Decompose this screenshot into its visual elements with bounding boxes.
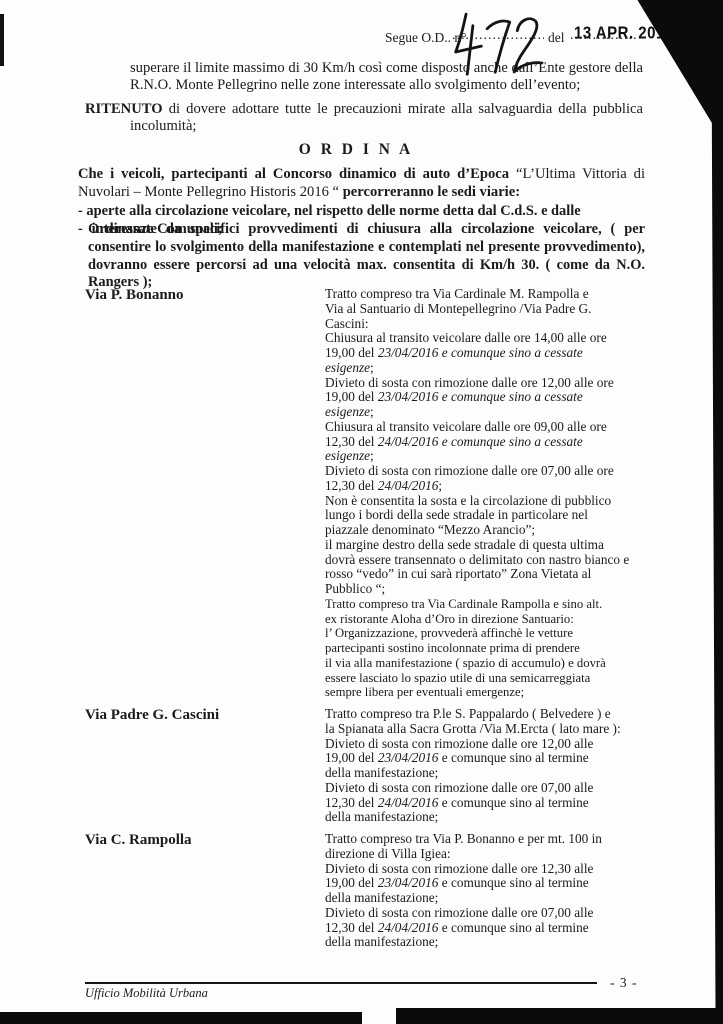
text-segment: 12,30 del [325,478,378,493]
regulation-line: Divieto di sosta con rimozione dalle ore… [325,781,647,796]
text-segment: Divieto di sosta con rimozione dalle ore… [325,905,593,920]
street-section: Via Padre G. CasciniTratto compreso tra … [85,707,647,825]
regulation-line: Tratto compreso tra Via P. Bonanno e per… [325,832,647,847]
text-segment: 19,00 del [325,750,378,765]
regulation-line: della manifestazione; [325,810,647,825]
scan-artifact-bottom-bar [396,1008,723,1024]
text-segment: Tratto compreso tra P.le S. Pappalardo (… [325,706,611,721]
regulation-line: essere lasciato lo spazio utile di una s… [325,671,647,686]
paragraph-speed-limit: superare il limite massimo di 30 Km/h co… [130,60,643,94]
ritenuto-keyword: RITENUTO [85,101,163,117]
text-segment: Tratto compreso tra Via Cardinale M. Ram… [325,286,589,301]
regulation-line: direzione di Villa Igiea: [325,847,647,862]
text-segment: Divieto di sosta con rimozione dalle ore… [325,780,593,795]
text-segment: e comunque sino al termine [438,920,588,935]
street-name: Via C. Rampolla [85,832,325,950]
text-segment: 19,00 del [325,875,378,890]
text-segment: esigenze [325,404,370,419]
regulation-line: Chiusura al transito veicolare dalle ore… [325,331,647,346]
text-segment: rosso “vedo” in cui sarà riportato” Zona… [325,566,591,581]
text-segment: Divieto di sosta con rimozione dalle ore… [325,736,593,751]
regulation-line: esigenze; [325,405,647,420]
regulation-line: rosso “vedo” in cui sarà riportato” Zona… [325,567,647,582]
street-section: Via P. BonannoTratto compreso tra Via Ca… [85,287,647,700]
paragraph-ritenuto: RITENUTO di dovere adottare tutte le pre… [85,101,643,135]
text-segment: Tratto compreso tra Via Cardinale Rampol… [325,597,602,611]
text-segment: 12,30 del [325,920,378,935]
text-segment: dovrà essere transennato o delimitato co… [325,552,629,567]
regulation-line: Divieto di sosta con rimozione dalle ore… [325,862,647,877]
text-segment: 19,00 del [325,389,378,404]
text-segment: ; [370,404,374,419]
text-segment: e comunque sino al termine [438,750,588,765]
street-sections: Via P. BonannoTratto compreso tra Via Ca… [85,287,647,957]
regulation-line: 19,00 del 23/04/2016 e comunque sino al … [325,876,647,891]
text-segment: Cascini: [325,316,369,331]
text-segment: 12,30 del [325,434,378,449]
text-segment: Via al Santuario di Montepellegrino /Via… [325,301,592,316]
ordina-title: O R D I N A [0,141,712,159]
regulation-line: esigenze; [325,449,647,464]
regulation-line: 19,00 del 23/04/2016 e comunque sino al … [325,751,647,766]
regulation-line: il via alla manifestazione ( spazio di a… [325,656,647,671]
regulation-line: Via al Santuario di Montepellegrino /Via… [325,302,647,317]
regulation-line: della manifestazione; [325,891,647,906]
street-name: Via P. Bonanno [85,287,325,700]
text-segment: esigenze [325,448,370,463]
text-segment: della manifestazione; [325,890,438,905]
text-segment: 23/04/2016 e comunque sino a cessate [378,345,583,360]
text-segment: piazzale denominato “Mezzo Arancio”; [325,522,535,537]
regulation-line: 12,30 del 24/04/2016 e comunque sino a c… [325,435,647,450]
text-segment: lungo i bordi della sede stradale in par… [325,507,588,522]
text-segment: Non è consentita la sosta e la circolazi… [325,493,611,508]
regulation-line: Non è consentita la sosta e la circolazi… [325,494,647,509]
text-segment: essere lasciato lo spazio utile di una s… [325,671,590,685]
text-segment: ex ristorante Aloha d’Oro in direzione S… [325,612,574,626]
footer-office-label: Ufficio Mobilità Urbana [85,986,208,1001]
text-segment: il margine destro della sede stradale di… [325,537,604,552]
text-segment: Che i veicoli, partecipanti al Concorso … [78,166,516,182]
regulation-line: Tratto compreso tra P.le S. Pappalardo (… [325,707,647,722]
text-segment: della manifestazione; [325,765,438,780]
text-segment: Divieto di sosta con rimozione dalle ore… [325,463,614,478]
text-segment: 23/04/2016 [378,875,439,890]
text-segment: e comunque sino al termine [438,795,588,810]
scanned-ordinance-page: Segue O.D.. n° ...................... de… [0,0,723,1024]
regulation-line: Divieto di sosta con rimozione dalle ore… [325,737,647,752]
ritenuto-text: di dovere adottare tutte le precauzioni … [130,101,643,134]
regulation-line: Pubblico “; [325,582,647,597]
text-segment: 24/04/2016 [378,478,439,493]
text-segment: il via alla manifestazione ( spazio di a… [325,656,606,670]
regulation-line: 19,00 del 23/04/2016 e comunque sino a c… [325,390,647,405]
regulation-line: dovrà essere transennato o delimitato co… [325,553,647,568]
bullet-item: - interessate da specifici provvedimenti… [78,221,645,292]
regulation-line: della manifestazione; [325,935,647,950]
text-segment: sempre libera per eventuali emergenze; [325,685,524,699]
text-segment: Divieto di sosta con rimozione dalle ore… [325,375,614,390]
text-segment: della manifestazione; [325,934,438,949]
text-segment: 23/04/2016 e comunque sino a cessate [378,389,583,404]
scan-artifact-left-edge [0,14,4,66]
text-segment: direzione di Villa Igiea: [325,846,451,861]
page-number: - 3 - [610,975,638,991]
regulation-line: della manifestazione; [325,766,647,781]
regulation-line: Tratto compreso tra Via Cardinale M. Ram… [325,287,647,302]
text-segment: esigenze [325,360,370,375]
text-segment: Pubblico “; [325,581,385,596]
street-name: Via Padre G. Cascini [85,707,325,825]
regulation-line: Tratto compreso tra Via Cardinale Rampol… [325,597,647,612]
regulation-line: l’ Organizzazione, provvederà affinchè l… [325,626,647,641]
text-segment: ; [370,448,374,463]
text-segment: ; [438,478,442,493]
text-segment: percorreranno le sedi viarie: [339,184,520,200]
regulation-line: il margine destro della sede stradale di… [325,538,647,553]
regulation-line: Divieto di sosta con rimozione dalle ore… [325,464,647,479]
regulation-line: ex ristorante Aloha d’Oro in direzione S… [325,612,647,627]
regulation-line: esigenze; [325,361,647,376]
text-segment: 12,30 del [325,795,378,810]
text-segment: Chiusura al transito veicolare dalle ore… [325,419,607,434]
street-regulations: Tratto compreso tra Via Cardinale M. Ram… [325,287,647,700]
street-section: Via C. RampollaTratto compreso tra Via P… [85,832,647,950]
regulation-line: partecipanti sostino incolonnate prima d… [325,641,647,656]
regulation-line: 12,30 del 24/04/2016; [325,479,647,494]
text-segment: Chiusura al transito veicolare dalle ore… [325,330,607,345]
street-regulations: Tratto compreso tra Via P. Bonanno e per… [325,832,647,950]
regulation-line: Chiusura al transito veicolare dalle ore… [325,420,647,435]
regulation-line: 12,30 del 24/04/2016 e comunque sino al … [325,796,647,811]
text-segment: partecipanti sostino incolonnate prima d… [325,641,580,655]
footer-rule [85,982,597,984]
paragraph-premise: Che i veicoli, partecipanti al Concorso … [78,166,645,201]
text-segment: e comunque sino al termine [438,875,588,890]
text-segment: della manifestazione; [325,809,438,824]
text-segment: 24/04/2016 [378,795,439,810]
street-regulations: Tratto compreso tra P.le S. Pappalardo (… [325,707,647,825]
regulation-line: Divieto di sosta con rimozione dalle ore… [325,906,647,921]
text-segment: Divieto di sosta con rimozione dalle ore… [325,861,593,876]
text-segment: 19,00 del [325,345,378,360]
text-segment: 24/04/2016 [378,920,439,935]
regulation-line: piazzale denominato “Mezzo Arancio”; [325,523,647,538]
regulation-line: 12,30 del 24/04/2016 e comunque sino al … [325,921,647,936]
text-segment: 23/04/2016 [378,750,439,765]
text-segment: l’ Organizzazione, provvederà affinchè l… [325,626,573,640]
del-label: del [548,30,565,46]
text-segment: la Spianata alla Sacra Grotta /Via M.Erc… [325,721,621,736]
text-segment: ; [370,360,374,375]
regulation-line: la Spianata alla Sacra Grotta /Via M.Erc… [325,722,647,737]
regulation-line: lungo i bordi della sede stradale in par… [325,508,647,523]
regulation-line: Cascini: [325,317,647,332]
regulation-line: Divieto di sosta con rimozione dalle ore… [325,376,647,391]
scan-artifact-bottom-bar [0,1012,362,1024]
regulation-line: sempre libera per eventuali emergenze; [325,685,647,700]
text-segment: 24/04/2016 e comunque sino a cessate [378,434,583,449]
text-segment: Tratto compreso tra Via P. Bonanno e per… [325,831,602,846]
regulation-line: 19,00 del 23/04/2016 e comunque sino a c… [325,346,647,361]
